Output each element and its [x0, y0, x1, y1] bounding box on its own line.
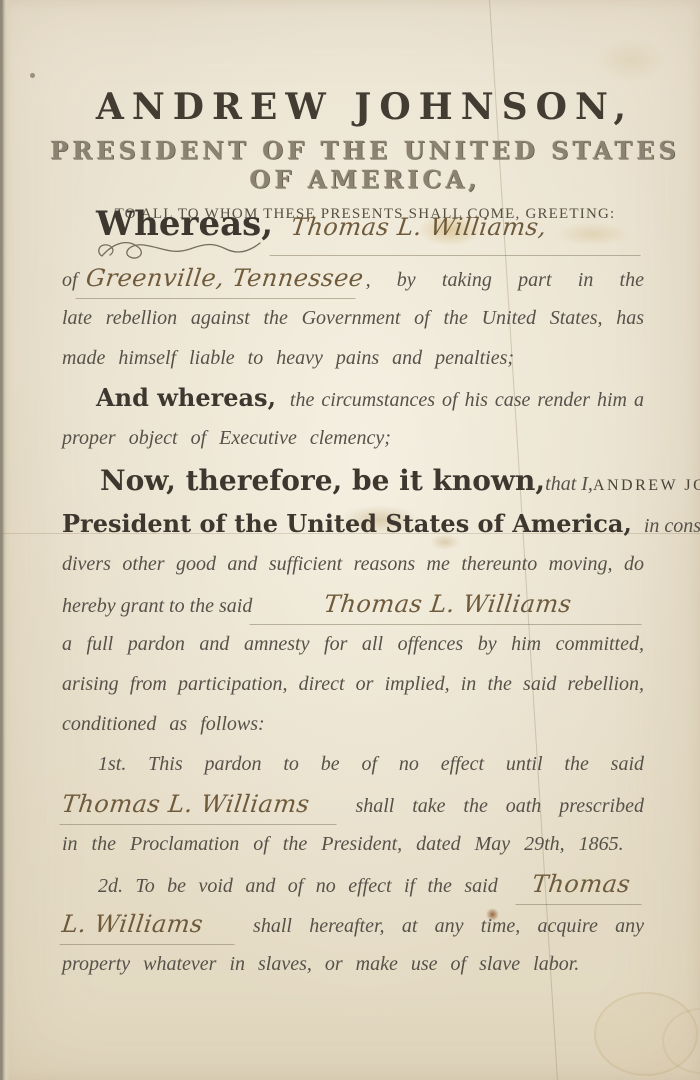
printed-text: shall take the oath prescribed — [339, 786, 644, 826]
document-subtitle: PRESIDENT OF THE UNITED STATES OF AMERIC… — [30, 136, 700, 194]
line-oath: Thomas L. Williamsshall take the oath pr… — [62, 784, 644, 824]
line-conditioned: conditioned as follows: — [62, 704, 644, 744]
document-body: Whereas,Thomas L. Williams,ofGreenville,… — [62, 196, 644, 984]
line-proclamation: in the Proclamation of the President, da… — [62, 824, 644, 864]
line-rebellion: late rebellion against the Government of… — [62, 298, 644, 338]
line-whereas: Whereas,Thomas L. Williams, — [62, 196, 644, 258]
printed-text: arising from participation, direct or im… — [62, 673, 644, 695]
printed-text: a full pardon and amnesty for all offenc… — [62, 633, 644, 655]
line-arising: arising from participation, direct or im… — [62, 664, 644, 704]
ring-stain — [662, 1008, 700, 1074]
line-full-pardon: a full pardon and amnesty for all offenc… — [62, 624, 644, 664]
line-be-it-known: Now, therefore, be it known,that I,ANDRE… — [62, 458, 644, 504]
printed-text: divers other good and sufficient reasons… — [62, 553, 644, 575]
line-slave-labor: property whatever in slaves, or make use… — [62, 944, 644, 984]
document-header: ANDREW JOHNSON, PRESIDENT OF THE UNITED … — [0, 0, 700, 223]
printed-text: conditioned as follows: — [62, 713, 265, 735]
printed-text: made himself liable to heavy pains and p… — [62, 347, 514, 369]
line-condition-1: 1st. This pardon to be of no effect unti… — [62, 744, 644, 784]
line-and-whereas: And whereas,the circumstances of his cas… — [62, 378, 644, 418]
president-title: President of the United States of Americ… — [62, 504, 632, 544]
printed-text: in consideration of the premises, — [632, 506, 700, 546]
line-president-of: President of the United States of Americ… — [62, 504, 644, 544]
whereas-heading: Whereas, — [96, 196, 273, 252]
president-name: ANDREW JOHNSON, — [593, 463, 700, 509]
printed-text: proper object of Executive clemency; — [62, 427, 391, 449]
and-whereas-heading: And whereas, — [96, 378, 276, 418]
printed-text: that I, — [545, 461, 593, 507]
residence-handwritten: Greenville, Tennessee — [75, 258, 360, 299]
line-divers: divers other good and sufficient reasons… — [62, 544, 644, 584]
line-grant: hereby grant to the saidThomas L. Willia… — [62, 584, 644, 624]
printed-text: property whatever in slaves, or make use… — [62, 953, 579, 975]
recipient-name-handwritten: Thomas L. Williams, — [270, 199, 648, 256]
now-therefore-heading: Now, therefore, be it known, — [100, 458, 545, 504]
printed-text: late rebellion against the Government of… — [62, 307, 644, 329]
line-residence: ofGreenville, Tennessee, by taking part … — [62, 258, 644, 298]
pardon-document-paper: ANDREW JOHNSON, PRESIDENT OF THE UNITED … — [0, 0, 700, 1080]
ring-stain — [594, 992, 698, 1076]
printed-text: shall hereafter, at any time, acquire an… — [237, 906, 644, 946]
recipient-name-handwritten: Thomas L. Williams — [59, 784, 341, 825]
line-penalties: made himself liable to heavy pains and p… — [62, 338, 644, 378]
printed-text: in the Proclamation of the President, da… — [62, 833, 624, 855]
printed-text: 2d. To be void and of no effect if the s… — [98, 866, 518, 906]
line-clemency: proper object of Executive clemency; — [62, 418, 644, 458]
document-title: ANDREW JOHNSON, — [30, 86, 700, 128]
printed-text: , by taking part in the — [358, 260, 644, 300]
line-hereafter: L. Williamsshall hereafter, at any time,… — [62, 904, 644, 944]
recipient-first-name-handwritten: Thomas — [515, 864, 646, 905]
line-condition-2: 2d. To be void and of no effect if the s… — [62, 864, 644, 904]
printed-text: hereby grant to the said — [62, 586, 252, 626]
recipient-last-name-handwritten: L. Williams — [59, 904, 239, 945]
screenshot-stage: ANDREW JOHNSON, PRESIDENT OF THE UNITED … — [0, 0, 700, 1080]
printed-text: 1st. This pardon to be of no effect unti… — [98, 753, 644, 775]
printed-text: the circumstances of his case render him… — [276, 380, 644, 420]
recipient-name-handwritten: Thomas L. Williams — [250, 584, 647, 625]
